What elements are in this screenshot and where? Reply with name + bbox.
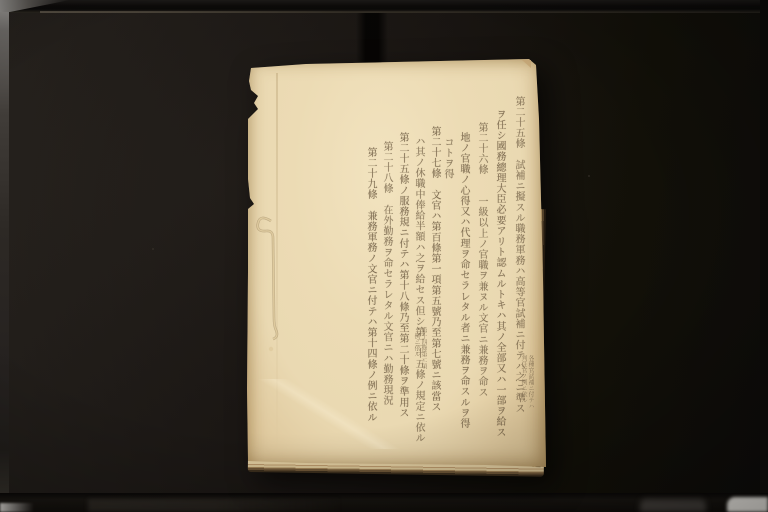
annotation-line: ノ例ニ依ル — [413, 327, 420, 369]
document-page-stack: 第二十五條 試補ニ擬スル職務軍務ハ高等官試補ニ付テハ之ニ準ス ヲ任シ國務總理大臣… — [246, 59, 546, 471]
annotation-line: 第十四條第二項 — [420, 327, 427, 369]
text-column: 第二十八條 在外勤務ヲ命セラレタル文官ニハ勤務現況 — [380, 141, 392, 406]
annotation-line: 各種官試補ニ付テハ — [527, 355, 534, 409]
dark-object-below-frame — [640, 499, 706, 512]
annotation-line: 判任官ノ例ニ依ル — [520, 355, 527, 409]
frame-right-edge — [760, 0, 768, 512]
annotation-note: 各種官試補ニ付テハ 判任官ノ例ニ依ル — [520, 355, 534, 409]
text-column: ハ其ノ休職中俸給半額ハ之ヲ給セス但シ第二十五條ノ規定ニ依ル — [412, 136, 424, 443]
framed-manuscript-photo: 第二十五條 試補ニ擬スル職務軍務ハ高等官試補ニ付テハ之ニ準ス ヲ任シ國務總理大臣… — [0, 0, 768, 512]
floor-reflection — [88, 499, 338, 512]
frame-inner-lip-highlight — [40, 11, 740, 13]
dust-speck — [588, 175, 590, 177]
white-object-below-frame — [727, 497, 768, 512]
text-column: 第二十七條 文官ハ第百條第一項第五號乃至第七號ニ該當ス — [428, 126, 440, 412]
text-column: ヲ任シ國務總理大臣必要アリト認ムルトキハ其ノ全部又ハ一部ヲ給ス — [493, 109, 505, 438]
bottom-left-light-patch — [0, 503, 34, 512]
text-column: 第二十九條 兼務軍務ノ文官ニ付テハ第十四條ノ例ニ依ル — [364, 147, 376, 423]
text-column: 第二十五條ノ服務規ニ付テハ第十八條乃至第二十條ヲ準用ス — [396, 132, 408, 418]
dust-speck — [152, 248, 154, 250]
text-column: 第二十六條 一級以上ノ官職ヲ兼ヌル文官ニ兼務ヲ命ス — [475, 122, 487, 398]
text-column: 地ノ官職ノ心得又ハ代理ヲ命セラレタル者ニ兼務ヲ命スルヲ得 — [457, 132, 469, 429]
backing-shadow-band — [356, 11, 388, 63]
frame-left-edge — [0, 0, 9, 512]
text-column: コトヲ得 — [441, 137, 453, 179]
binding-thread — [254, 199, 294, 429]
annotation-note: 第十四條第二項 ノ例ニ依ル — [413, 327, 427, 369]
